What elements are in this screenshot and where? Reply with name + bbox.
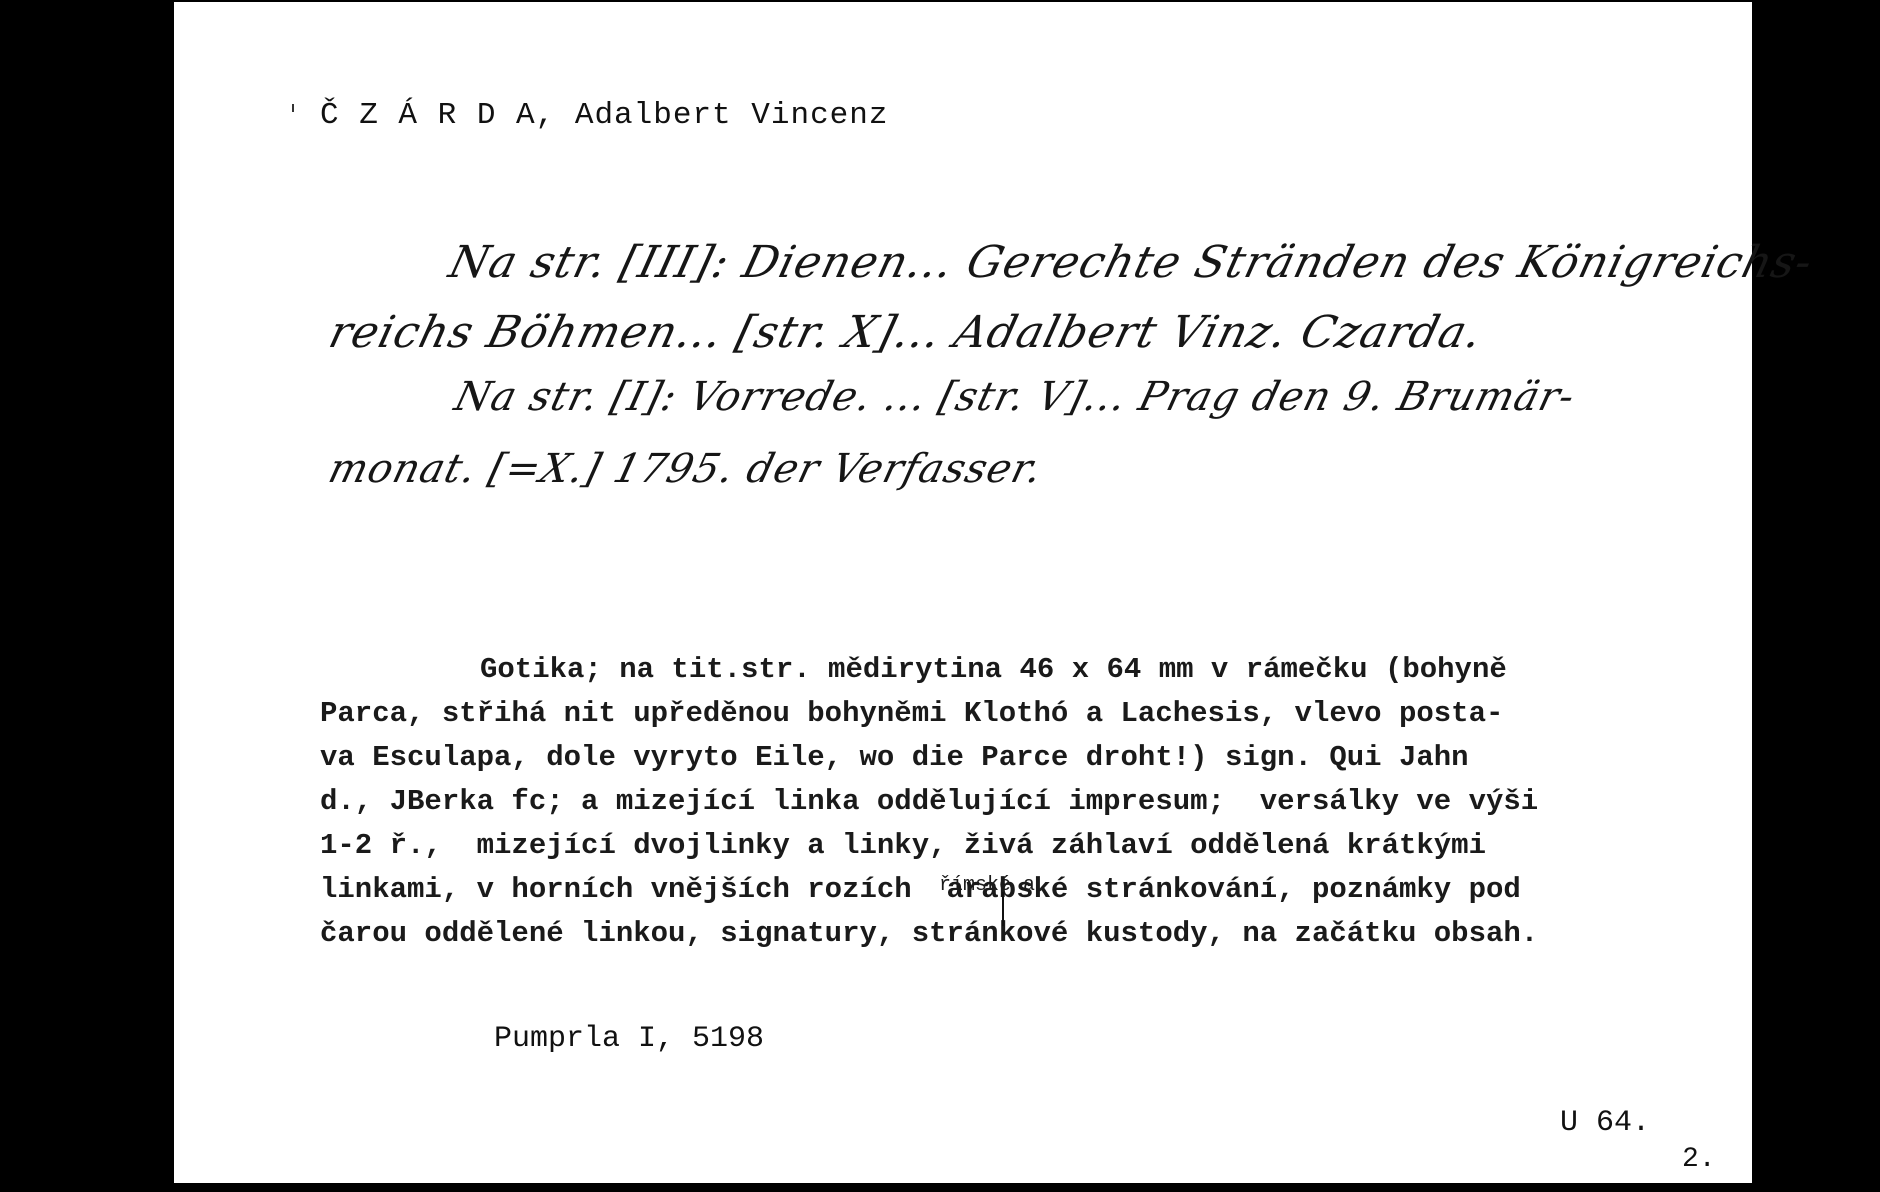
description-line: va Esculapa, dole vyryto Eile, wo die Pa… — [320, 736, 1740, 780]
insertion-caret — [1002, 892, 1004, 926]
handwritten-line: monat. [=X.] 1795. der Verfasser. — [324, 446, 1047, 492]
handwritten-line: Na str. [I]: Vorrede. ... [str. V]... Pr… — [450, 374, 1580, 420]
catalog-card: Č Z Á R D A, Adalbert Vincenz Na str. [I… — [174, 2, 1752, 1183]
insertion-note: římské a — [939, 874, 1035, 897]
shelf-mark: U 64. — [1560, 1106, 1650, 1140]
description-line: d., JBerka fc; a mizející linka oddělují… — [320, 780, 1740, 824]
source-reference: Pumprla I, 5198 — [494, 1022, 764, 1056]
card-number: 2. — [1682, 1144, 1716, 1175]
handwritten-line: reichs Böhmen... [str. X]... Adalbert Vi… — [324, 307, 1488, 358]
description-line: 1-2 ř., mizející dvojlinky a linky, živá… — [320, 824, 1740, 868]
description-paragraph: Gotika; na tit.str. mědirytina 46 x 64 m… — [320, 648, 1740, 956]
description-line: čarou oddělené linkou, signatury, stránk… — [320, 912, 1740, 956]
description-line: Gotika; na tit.str. mědirytina 46 x 64 m… — [320, 648, 1740, 692]
scan-mark — [292, 104, 294, 112]
card-header-author: Č Z Á R D A, Adalbert Vincenz — [320, 98, 889, 133]
description-line: Parca, střihá nit upředěnou bohyněmi Klo… — [320, 692, 1740, 736]
handwritten-line: Na str. [III]: Dienen... Gerechte Stränd… — [444, 237, 1818, 288]
